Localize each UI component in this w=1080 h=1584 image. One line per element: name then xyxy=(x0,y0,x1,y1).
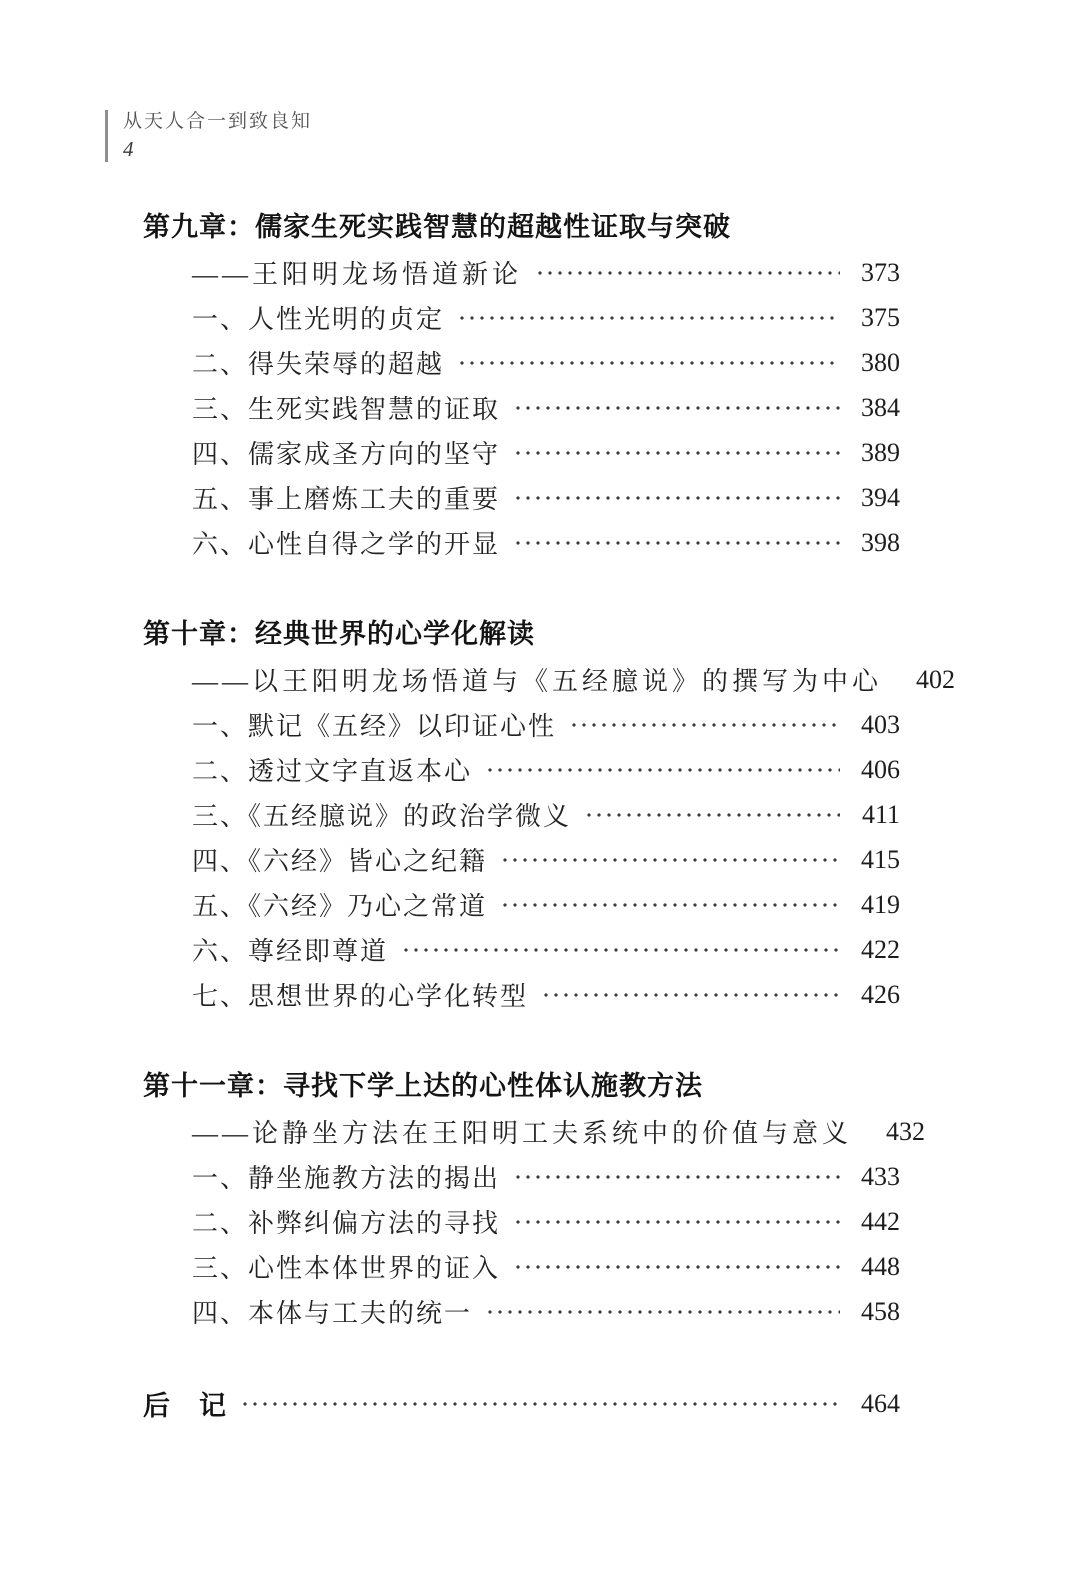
toc-entry-label: 五、《六经》乃心之常道 xyxy=(192,886,487,923)
toc-entry: 三、生死实践智慧的证取 384 xyxy=(143,385,900,430)
toc-entry: 三、心性本体世界的证入 448 xyxy=(143,1244,900,1289)
toc-entry-page: 458 xyxy=(854,1297,900,1327)
toc-entry: 一、默记《五经》以印证心性 403 xyxy=(143,702,900,747)
toc-entry-page: 380 xyxy=(854,348,900,378)
toc-entry-page: 442 xyxy=(854,1207,900,1237)
toc-entry-label: 四、本体与工夫的统一 xyxy=(192,1293,472,1330)
toc-section-rows: ——以王阳明龙场悟道与《五经臆说》的撰写为中心 402 一、默记《五经》以印证心… xyxy=(143,657,900,1017)
dot-leader xyxy=(513,1244,840,1289)
toc-entry: 二、补弊纠偏方法的寻找 442 xyxy=(143,1199,900,1244)
toc-entry-page: 448 xyxy=(854,1252,900,1282)
toc-entry-label: 一、默记《五经》以印证心性 xyxy=(192,706,556,743)
dot-leader xyxy=(485,1289,840,1334)
dot-leader xyxy=(500,882,840,927)
dot-leader xyxy=(401,927,840,972)
toc-entry-page: 419 xyxy=(854,890,900,920)
toc-entry-label: 三、《五经臆说》的政治学微义 xyxy=(192,796,571,833)
toc-entry: 四、《六经》皆心之纪籍 415 xyxy=(143,837,900,882)
chapter-title: 第十一章：寻找下学上达的心性体认施教方法 xyxy=(143,1064,900,1109)
page-header: 从天人合一到致良知 4 xyxy=(105,110,312,162)
toc-entry-page: 433 xyxy=(854,1162,900,1192)
toc-entry-label: 后 记 xyxy=(143,1384,227,1423)
toc-entry-page: 384 xyxy=(854,393,900,423)
dot-leader xyxy=(513,430,840,475)
toc-page: 从天人合一到致良知 4 第九章：儒家生死实践智慧的超越性证取与突破 ——王阳明龙… xyxy=(0,0,1080,1584)
table-of-contents: 第九章：儒家生死实践智慧的超越性证取与突破 ——王阳明龙场悟道新论 373 一、… xyxy=(143,205,900,1426)
toc-entry: ——王阳明龙场悟道新论 373 xyxy=(143,250,900,295)
toc-entry-label: 七、思想世界的心学化转型 xyxy=(192,976,528,1013)
toc-entry-page: 464 xyxy=(854,1389,900,1419)
toc-entry-page: 406 xyxy=(854,755,900,785)
toc-entry-label: 二、得失荣辱的超越 xyxy=(192,344,444,381)
toc-entry-label: 六、尊经即尊道 xyxy=(192,931,388,968)
toc-entry: 二、得失荣辱的超越 380 xyxy=(143,340,900,385)
toc-entry: 五、《六经》乃心之常道 419 xyxy=(143,882,900,927)
toc-entry-page: 373 xyxy=(854,258,900,288)
toc-section: 第十章：经典世界的心学化解读 ——以王阳明龙场悟道与《五经臆说》的撰写为中心 4… xyxy=(143,612,900,1017)
toc-entry-page: 398 xyxy=(854,528,900,558)
toc-entry: 五、事上磨炼工夫的重要 394 xyxy=(143,475,900,520)
toc-entry: ——论静坐方法在王阳明工夫系统中的价值与意义 432 xyxy=(143,1109,900,1154)
toc-entry-page: 389 xyxy=(854,438,900,468)
toc-section: 第九章：儒家生死实践智慧的超越性证取与突破 ——王阳明龙场悟道新论 373 一、… xyxy=(143,205,900,565)
toc-sections: 第九章：儒家生死实践智慧的超越性证取与突破 ——王阳明龙场悟道新论 373 一、… xyxy=(143,205,900,1334)
toc-entry-page: 394 xyxy=(854,483,900,513)
toc-entry-page: 402 xyxy=(909,665,955,695)
chapter-title: 第十章：经典世界的心学化解读 xyxy=(143,612,900,657)
toc-entry-page: 415 xyxy=(854,845,900,875)
book-title: 从天人合一到致良知 xyxy=(123,110,312,134)
toc-entry-label: 三、心性本体世界的证入 xyxy=(192,1248,500,1285)
toc-entry-label: 四、儒家成圣方向的坚守 xyxy=(192,434,500,471)
toc-entry-label: 四、《六经》皆心之纪籍 xyxy=(192,841,487,878)
toc-entry-label: ——王阳明龙场悟道新论 xyxy=(192,254,522,291)
toc-section: 第十一章：寻找下学上达的心性体认施教方法 ——论静坐方法在王阳明工夫系统中的价值… xyxy=(143,1064,900,1334)
toc-entry-label: 六、心性自得之学的开显 xyxy=(192,524,500,561)
dot-leader xyxy=(485,747,840,792)
toc-entry: 七、思想世界的心学化转型 426 xyxy=(143,972,900,1017)
toc-entry-label: 二、补弊纠偏方法的寻找 xyxy=(192,1203,500,1240)
dot-leader xyxy=(457,340,840,385)
toc-entry-afterword: 后 记 464 xyxy=(143,1381,900,1426)
toc-entry-label: ——论静坐方法在王阳明工夫系统中的价值与意义 xyxy=(192,1113,852,1150)
toc-section-rows: ——王阳明龙场悟道新论 373 一、人性光明的贞定 375 二、得失荣辱的超越 … xyxy=(143,250,900,565)
toc-entry-label: 一、静坐施教方法的揭出 xyxy=(192,1158,500,1195)
dot-leader xyxy=(513,385,840,430)
toc-entry: 六、心性自得之学的开显 398 xyxy=(143,520,900,565)
dot-leader xyxy=(584,792,840,837)
toc-entry: 四、儒家成圣方向的坚守 389 xyxy=(143,430,900,475)
toc-entry: 一、静坐施教方法的揭出 433 xyxy=(143,1154,900,1199)
chapter-title: 第九章：儒家生死实践智慧的超越性证取与突破 xyxy=(143,205,900,250)
toc-entry-page: 426 xyxy=(854,980,900,1010)
toc-entry-label: 二、透过文字直返本心 xyxy=(192,751,472,788)
dot-leader xyxy=(513,1199,840,1244)
toc-entry-page: 422 xyxy=(854,935,900,965)
toc-entry: 二、透过文字直返本心 406 xyxy=(143,747,900,792)
toc-entry-page: 403 xyxy=(854,710,900,740)
dot-leader xyxy=(240,1381,840,1426)
dot-leader xyxy=(541,972,840,1017)
toc-entry-label: 一、人性光明的贞定 xyxy=(192,299,444,336)
toc-entry-page: 411 xyxy=(854,800,900,830)
toc-entry-label: 三、生死实践智慧的证取 xyxy=(192,389,500,426)
toc-entry-page: 432 xyxy=(879,1117,925,1147)
toc-entry: 一、人性光明的贞定 375 xyxy=(143,295,900,340)
toc-entry: ——以王阳明龙场悟道与《五经臆说》的撰写为中心 402 xyxy=(143,657,900,702)
toc-entry-label: 五、事上磨炼工夫的重要 xyxy=(192,479,500,516)
dot-leader xyxy=(457,295,840,340)
toc-entry-label: ——以王阳明龙场悟道与《五经臆说》的撰写为中心 xyxy=(192,661,882,698)
toc-entry: 六、尊经即尊道 422 xyxy=(143,927,900,972)
dot-leader xyxy=(569,702,840,747)
dot-leader xyxy=(513,475,840,520)
toc-entry: 三、《五经臆说》的政治学微义 411 xyxy=(143,792,900,837)
dot-leader xyxy=(500,837,840,882)
page-number: 4 xyxy=(123,136,312,162)
toc-entry: 四、本体与工夫的统一 458 xyxy=(143,1289,900,1334)
dot-leader xyxy=(513,520,840,565)
dot-leader xyxy=(535,250,840,295)
dot-leader xyxy=(513,1154,840,1199)
toc-entry-page: 375 xyxy=(854,303,900,333)
toc-section-rows: ——论静坐方法在王阳明工夫系统中的价值与意义 432 一、静坐施教方法的揭出 4… xyxy=(143,1109,900,1334)
